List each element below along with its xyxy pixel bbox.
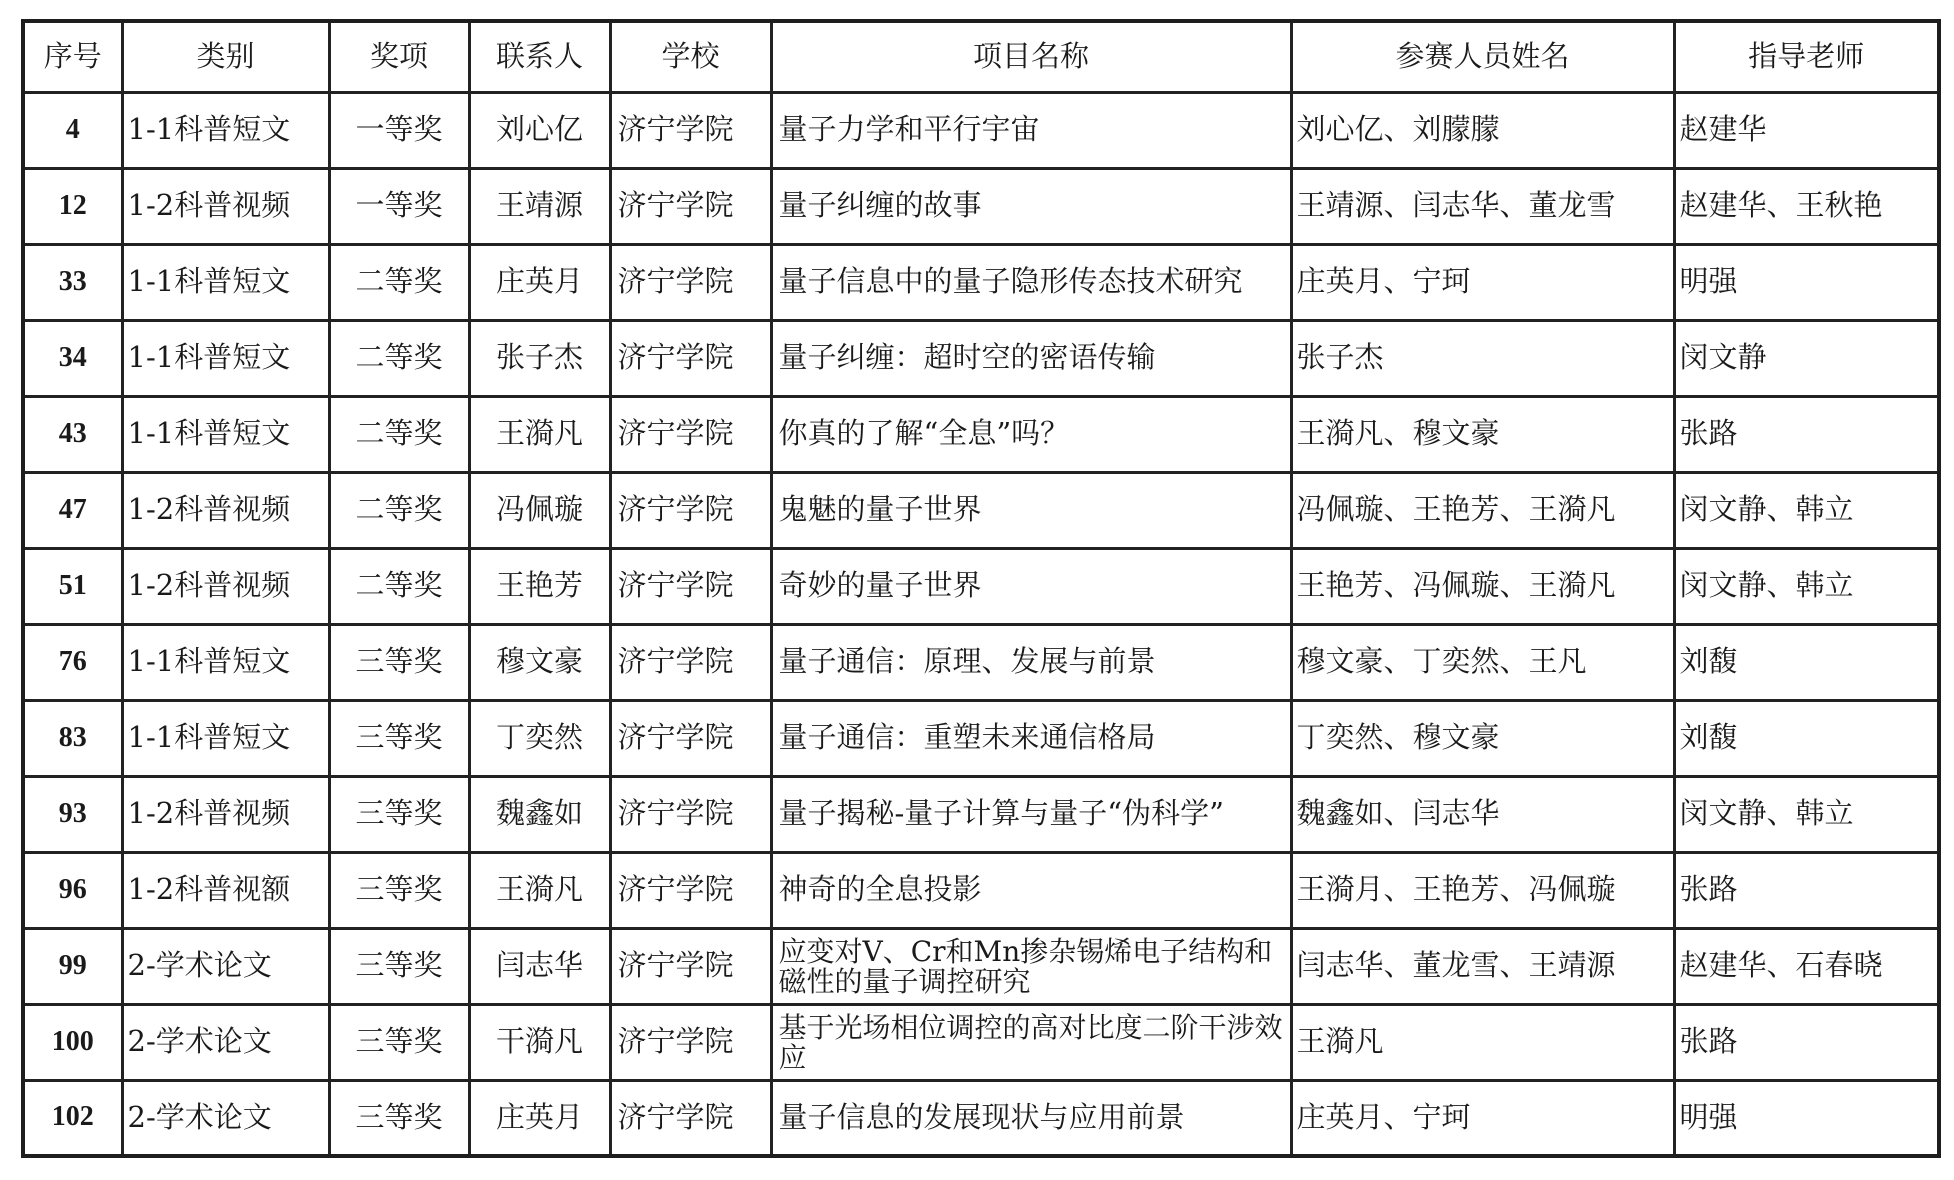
- cell-members: 庄英月、宁珂: [1291, 244, 1674, 320]
- cell-category: 1-1科普短文: [122, 624, 329, 700]
- cell-index: 51: [23, 548, 122, 624]
- cell-advisor: 张路: [1674, 1004, 1939, 1080]
- table-row: 4 1-1科普短文 一等奖 刘心亿 济宁学院 量子力学和平行宇宙 刘心亿、刘朦朦…: [23, 92, 1939, 168]
- cell-award: 三等奖: [329, 1080, 469, 1156]
- cell-award: 一等奖: [329, 92, 469, 168]
- cell-contact: 魏鑫如: [469, 776, 610, 852]
- cell-school: 济宁学院: [610, 548, 771, 624]
- cell-award: 一等奖: [329, 168, 469, 244]
- cell-contact: 闫志华: [469, 928, 610, 1004]
- cell-category: 1-1科普短文: [122, 396, 329, 472]
- cell-advisor: 张路: [1674, 852, 1939, 928]
- cell-award: 二等奖: [329, 472, 469, 548]
- cell-school: 济宁学院: [610, 168, 771, 244]
- cell-category: 1-2科普视额: [122, 852, 329, 928]
- header-award: 奖项: [329, 21, 469, 92]
- cell-advisor: 刘馥: [1674, 624, 1939, 700]
- cell-index: 93: [23, 776, 122, 852]
- cell-members: 丁奕然、穆文豪: [1291, 700, 1674, 776]
- header-members: 参赛人员姓名: [1291, 21, 1674, 92]
- cell-advisor: 赵建华、石春晓: [1674, 928, 1939, 1004]
- cell-index: 12: [23, 168, 122, 244]
- cell-members: 闫志华、董龙雪、王靖源: [1291, 928, 1674, 1004]
- cell-index: 100: [23, 1004, 122, 1080]
- cell-index: 99: [23, 928, 122, 1004]
- cell-project: 量子纠缠的故事: [771, 168, 1291, 244]
- award-table: 序号 类别 奖项 联系人 学校 项目名称 参赛人员姓名 指导老师 4 1-1科普…: [21, 19, 1941, 1158]
- cell-contact: 王靖源: [469, 168, 610, 244]
- cell-advisor: 明强: [1674, 1080, 1939, 1156]
- table-row: 12 1-2科普视频 一等奖 王靖源 济宁学院 量子纠缠的故事 王靖源、闫志华、…: [23, 168, 1939, 244]
- cell-project: 应变对V、Cr和Mn掺杂锡烯电子结构和磁性的量子调控研究: [771, 928, 1291, 1004]
- cell-school: 济宁学院: [610, 928, 771, 1004]
- cell-members: 王漪月、王艳芳、冯佩璇: [1291, 852, 1674, 928]
- cell-members: 王靖源、闫志华、董龙雪: [1291, 168, 1674, 244]
- cell-contact: 穆文豪: [469, 624, 610, 700]
- cell-school: 济宁学院: [610, 1080, 771, 1156]
- cell-index: 96: [23, 852, 122, 928]
- cell-category: 1-1科普短文: [122, 320, 329, 396]
- header-index: 序号: [23, 21, 122, 92]
- cell-index: 43: [23, 396, 122, 472]
- cell-advisor: 闵文静、韩立: [1674, 472, 1939, 548]
- cell-contact: 庄英月: [469, 1080, 610, 1156]
- cell-contact: 冯佩璇: [469, 472, 610, 548]
- header-school: 学校: [610, 21, 771, 92]
- table-row: 99 2-学术论文 三等奖 闫志华 济宁学院 应变对V、Cr和Mn掺杂锡烯电子结…: [23, 928, 1939, 1004]
- table-row: 93 1-2科普视频 三等奖 魏鑫如 济宁学院 量子揭秘-量子计算与量子“伪科学…: [23, 776, 1939, 852]
- cell-advisor: 张路: [1674, 396, 1939, 472]
- cell-project: 量子通信：重塑未来通信格局: [771, 700, 1291, 776]
- cell-category: 1-2科普视频: [122, 168, 329, 244]
- table-row: 96 1-2科普视额 三等奖 王漪凡 济宁学院 神奇的全息投影 王漪月、王艳芳、…: [23, 852, 1939, 928]
- table-row: 76 1-1科普短文 三等奖 穆文豪 济宁学院 量子通信：原理、发展与前景 穆文…: [23, 624, 1939, 700]
- cell-school: 济宁学院: [610, 244, 771, 320]
- cell-contact: 王漪凡: [469, 852, 610, 928]
- cell-school: 济宁学院: [610, 852, 771, 928]
- cell-school: 济宁学院: [610, 472, 771, 548]
- cell-advisor: 赵建华、王秋艳: [1674, 168, 1939, 244]
- cell-project: 量子通信：原理、发展与前景: [771, 624, 1291, 700]
- cell-award: 三等奖: [329, 928, 469, 1004]
- cell-school: 济宁学院: [610, 92, 771, 168]
- header-project: 项目名称: [771, 21, 1291, 92]
- cell-advisor: 明强: [1674, 244, 1939, 320]
- table-row: 102 2-学术论文 三等奖 庄英月 济宁学院 量子信息的发展现状与应用前景 庄…: [23, 1080, 1939, 1156]
- cell-contact: 干漪凡: [469, 1004, 610, 1080]
- cell-members: 冯佩璇、王艳芳、王漪凡: [1291, 472, 1674, 548]
- cell-index: 83: [23, 700, 122, 776]
- cell-index: 4: [23, 92, 122, 168]
- cell-project: 基于光场相位调控的高对比度二阶干涉效应: [771, 1004, 1291, 1080]
- cell-award: 三等奖: [329, 624, 469, 700]
- table-header-row: 序号 类别 奖项 联系人 学校 项目名称 参赛人员姓名 指导老师: [23, 21, 1939, 92]
- cell-advisor: 刘馥: [1674, 700, 1939, 776]
- cell-category: 1-2科普视频: [122, 776, 329, 852]
- cell-advisor: 赵建华: [1674, 92, 1939, 168]
- table-row: 34 1-1科普短文 二等奖 张子杰 济宁学院 量子纠缠：超时空的密语传输 张子…: [23, 320, 1939, 396]
- cell-contact: 王漪凡: [469, 396, 610, 472]
- cell-index: 33: [23, 244, 122, 320]
- cell-members: 刘心亿、刘朦朦: [1291, 92, 1674, 168]
- cell-category: 1-2科普视频: [122, 472, 329, 548]
- cell-school: 济宁学院: [610, 320, 771, 396]
- cell-contact: 王艳芳: [469, 548, 610, 624]
- cell-project: 量子纠缠：超时空的密语传输: [771, 320, 1291, 396]
- cell-school: 济宁学院: [610, 624, 771, 700]
- cell-project: 鬼魅的量子世界: [771, 472, 1291, 548]
- cell-members: 张子杰: [1291, 320, 1674, 396]
- table-row: 100 2-学术论文 三等奖 干漪凡 济宁学院 基于光场相位调控的高对比度二阶干…: [23, 1004, 1939, 1080]
- cell-category: 1-1科普短文: [122, 244, 329, 320]
- cell-members: 魏鑫如、闫志华: [1291, 776, 1674, 852]
- cell-category: 1-1科普短文: [122, 92, 329, 168]
- cell-school: 济宁学院: [610, 396, 771, 472]
- cell-advisor: 闵文静: [1674, 320, 1939, 396]
- cell-contact: 刘心亿: [469, 92, 610, 168]
- cell-index: 34: [23, 320, 122, 396]
- cell-school: 济宁学院: [610, 700, 771, 776]
- cell-category: 2-学术论文: [122, 928, 329, 1004]
- header-contact: 联系人: [469, 21, 610, 92]
- cell-advisor: 闵文静、韩立: [1674, 548, 1939, 624]
- cell-category: 1-2科普视频: [122, 548, 329, 624]
- cell-members: 王漪凡、穆文豪: [1291, 396, 1674, 472]
- header-advisor: 指导老师: [1674, 21, 1939, 92]
- cell-award: 三等奖: [329, 700, 469, 776]
- table-row: 47 1-2科普视频 二等奖 冯佩璇 济宁学院 鬼魅的量子世界 冯佩璇、王艳芳、…: [23, 472, 1939, 548]
- cell-award: 三等奖: [329, 852, 469, 928]
- cell-index: 102: [23, 1080, 122, 1156]
- cell-award: 二等奖: [329, 320, 469, 396]
- table-row: 51 1-2科普视频 二等奖 王艳芳 济宁学院 奇妙的量子世界 王艳芳、冯佩璇、…: [23, 548, 1939, 624]
- table-row: 33 1-1科普短文 二等奖 庄英月 济宁学院 量子信息中的量子隐形传态技术研究…: [23, 244, 1939, 320]
- cell-project: 量子揭秘-量子计算与量子“伪科学”: [771, 776, 1291, 852]
- cell-contact: 庄英月: [469, 244, 610, 320]
- cell-project: 你真的了解“全息”吗？: [771, 396, 1291, 472]
- cell-project: 量子信息的发展现状与应用前景: [771, 1080, 1291, 1156]
- cell-category: 2-学术论文: [122, 1080, 329, 1156]
- cell-advisor: 闵文静、韩立: [1674, 776, 1939, 852]
- cell-project: 量子信息中的量子隐形传态技术研究: [771, 244, 1291, 320]
- cell-award: 三等奖: [329, 776, 469, 852]
- cell-project: 量子力学和平行宇宙: [771, 92, 1291, 168]
- cell-contact: 丁奕然: [469, 700, 610, 776]
- cell-members: 王艳芳、冯佩璇、王漪凡: [1291, 548, 1674, 624]
- cell-members: 王漪凡: [1291, 1004, 1674, 1080]
- cell-category: 1-1科普短文: [122, 700, 329, 776]
- cell-contact: 张子杰: [469, 320, 610, 396]
- cell-index: 76: [23, 624, 122, 700]
- table-row: 83 1-1科普短文 三等奖 丁奕然 济宁学院 量子通信：重塑未来通信格局 丁奕…: [23, 700, 1939, 776]
- cell-category: 2-学术论文: [122, 1004, 329, 1080]
- cell-award: 二等奖: [329, 244, 469, 320]
- cell-members: 穆文豪、丁奕然、王凡: [1291, 624, 1674, 700]
- cell-project: 神奇的全息投影: [771, 852, 1291, 928]
- cell-members: 庄英月、宁珂: [1291, 1080, 1674, 1156]
- cell-index: 47: [23, 472, 122, 548]
- cell-award: 二等奖: [329, 396, 469, 472]
- cell-project: 奇妙的量子世界: [771, 548, 1291, 624]
- cell-award: 二等奖: [329, 548, 469, 624]
- cell-school: 济宁学院: [610, 1004, 771, 1080]
- header-category: 类别: [122, 21, 329, 92]
- table-row: 43 1-1科普短文 二等奖 王漪凡 济宁学院 你真的了解“全息”吗？ 王漪凡、…: [23, 396, 1939, 472]
- cell-school: 济宁学院: [610, 776, 771, 852]
- cell-award: 三等奖: [329, 1004, 469, 1080]
